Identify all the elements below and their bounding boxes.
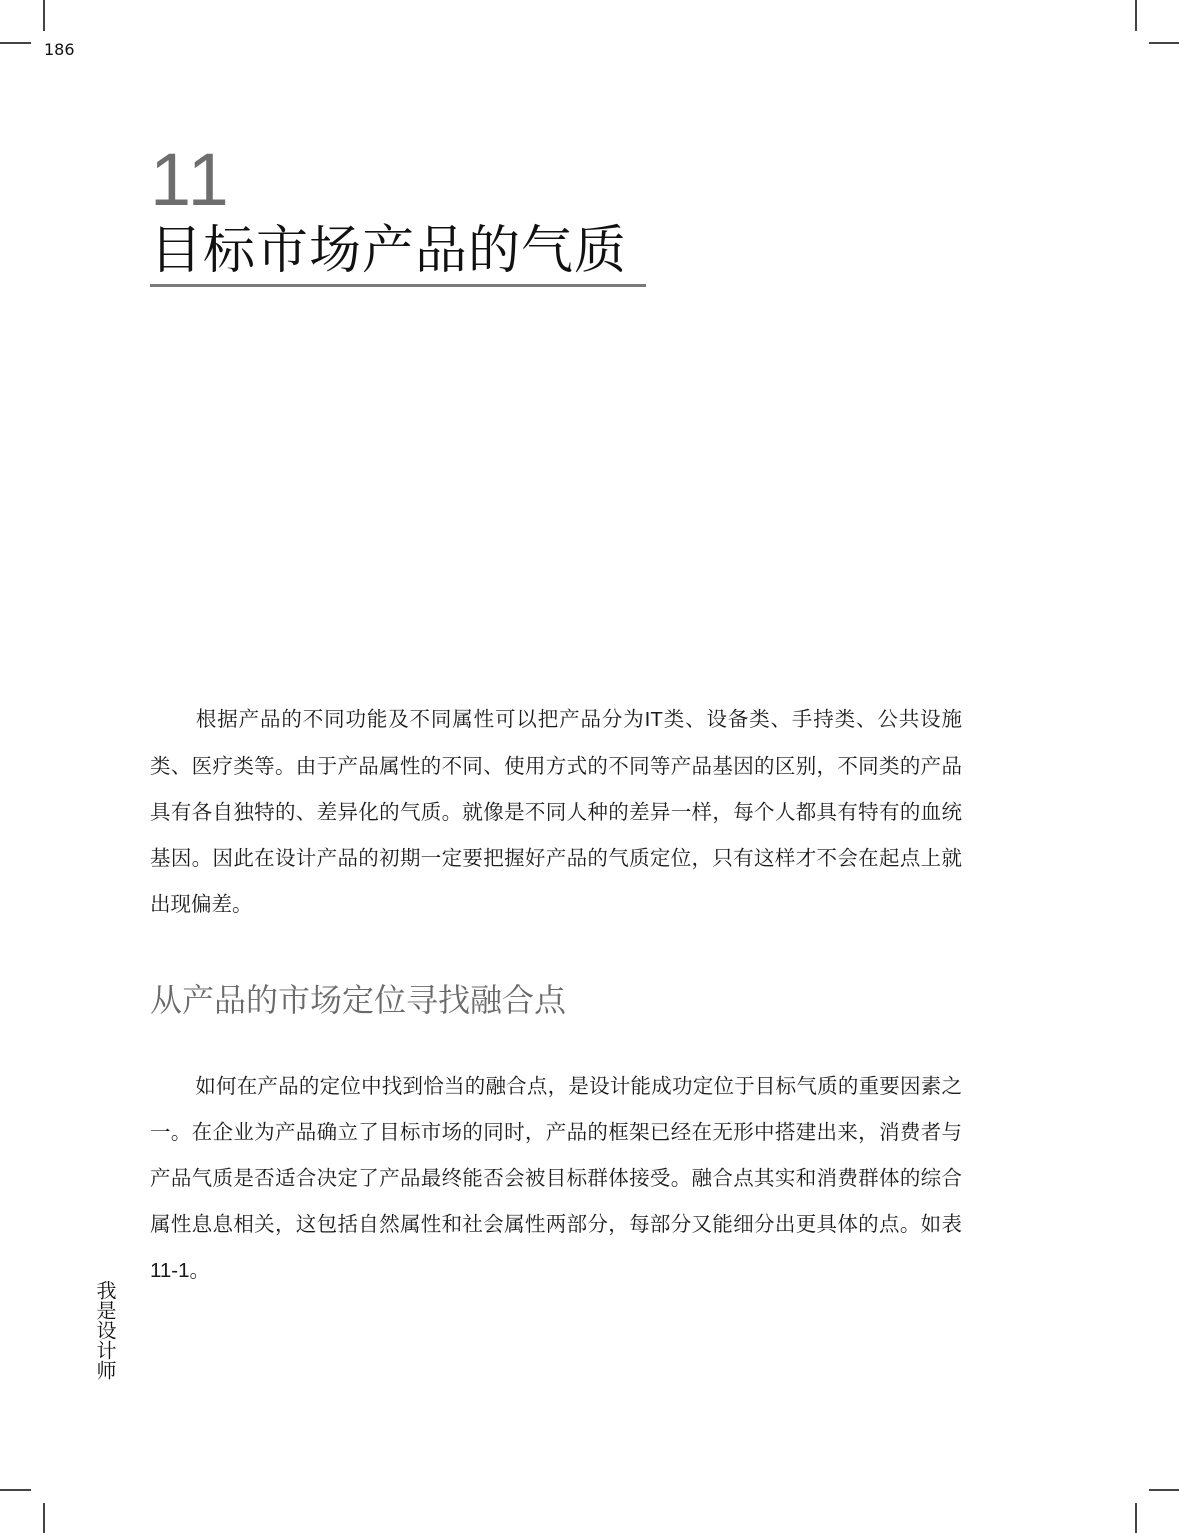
paragraph-2-text: 如何在产品的定位中找到恰当的融合点，是设计能成功定位于目标气质的重要因素之一。在… xyxy=(150,1074,962,1236)
crop-mark-bottom-right-horizontal xyxy=(1149,1489,1179,1491)
body-paragraph-2: 如何在产品的定位中找到恰当的融合点，是设计能成功定位于目标气质的重要因素之一。在… xyxy=(150,1063,962,1294)
crop-mark-top-right-vertical xyxy=(1135,0,1137,31)
book-title-side-label: 我是设计师 xyxy=(92,1280,116,1380)
paragraph-1-text-a: 根据产品的不同功能及不同属性可以把产品分为 xyxy=(195,707,645,731)
title-underline xyxy=(150,284,646,287)
table-reference: 11-1 xyxy=(150,1259,190,1282)
crop-mark-bottom-left-vertical xyxy=(43,1503,45,1533)
paragraph-1-latin: IT xyxy=(645,708,663,731)
chapter-title: 目标市场产品的气质 xyxy=(150,220,627,282)
crop-mark-top-left-horizontal xyxy=(0,42,31,44)
crop-mark-top-right-horizontal xyxy=(1149,42,1179,44)
paragraph-1-text-b: 类、设备类、手持类、公共设施类、医疗类等。由于产品属性的不同、使用方式的不同等产… xyxy=(150,707,962,916)
body-paragraph-1: 根据产品的不同功能及不同属性可以把产品分为IT类、设备类、手持类、公共设施类、医… xyxy=(150,696,962,927)
section-heading: 从产品的市场定位寻找融合点 xyxy=(150,976,566,1024)
page-number: 186 xyxy=(44,40,75,59)
chapter-number: 11 xyxy=(150,140,231,220)
crop-mark-bottom-right-vertical xyxy=(1135,1503,1137,1533)
paragraph-2-end: 。 xyxy=(190,1258,211,1282)
crop-mark-bottom-left-horizontal xyxy=(0,1489,31,1491)
crop-mark-top-left-vertical xyxy=(43,0,45,31)
